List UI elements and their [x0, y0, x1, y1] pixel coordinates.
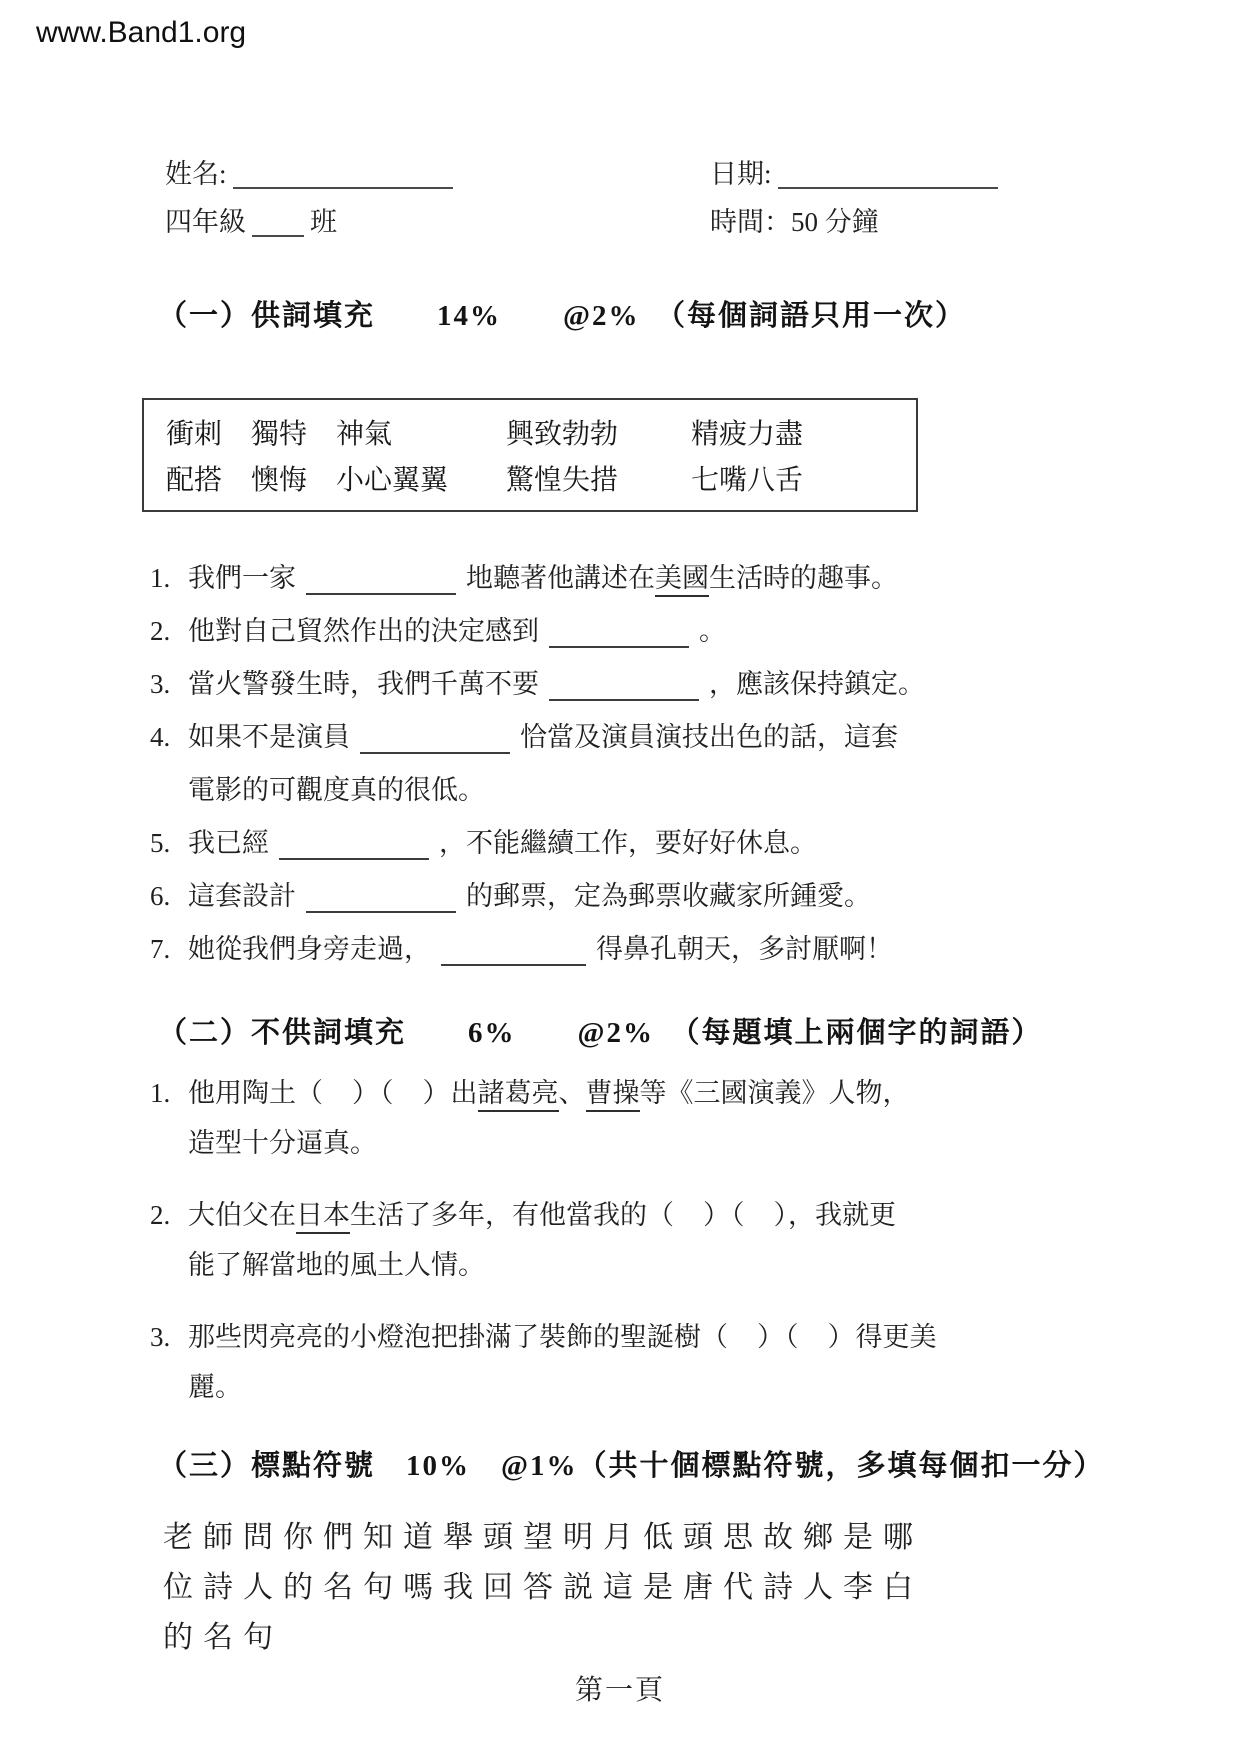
underlined-term: 曹操 — [586, 1078, 640, 1112]
page-number: 第一頁 — [0, 1668, 1240, 1708]
word-bank-item: 精疲力盡 — [691, 412, 916, 458]
answer-blank[interactable] — [306, 901, 456, 913]
question: 1.他用陶土（ ）（ ）出諸葛亮、曹操等《三國演義》人物，造型十分逼真。 — [150, 1068, 1010, 1168]
question-text: 。 — [699, 616, 726, 646]
question-text: 等《三國演義》人物， — [640, 1078, 910, 1108]
question-number: 6. — [150, 870, 170, 923]
question-line: 4.如果不是演員恰當及演員演技出色的話，這套 — [150, 711, 1010, 764]
question-number: 4. — [150, 711, 170, 764]
answer-blank[interactable] — [279, 848, 429, 860]
section2-questions: 1.他用陶土（ ）（ ）出諸葛亮、曹操等《三國演義》人物，造型十分逼真。2.大伯… — [150, 1068, 1010, 1434]
question-text: 、 — [559, 1078, 586, 1108]
question-number: 2. — [150, 1190, 170, 1240]
grade-label: 四年級 — [165, 207, 246, 237]
section1-heading: （一）供詞填充 14% @2% （每個詞語只用一次） — [158, 293, 966, 334]
answer-blank[interactable] — [441, 954, 586, 966]
word-bank-item: 獨特 — [251, 412, 336, 458]
name-blank[interactable] — [233, 187, 453, 189]
passage-line: 位詩人的名句嗎我回答説這是唐代詩人李白 — [163, 1563, 1063, 1613]
answer-blank[interactable] — [360, 742, 510, 754]
answer-blank[interactable] — [549, 689, 699, 701]
class-suffix-label: 班 — [310, 207, 337, 237]
question-line: 3.當火警發生時，我們千萬不要，應該保持鎮定。 — [150, 658, 1010, 711]
exam-info-block: 日期: 時間：50 分鐘 — [710, 150, 1004, 246]
question-line: 3.那些閃亮亮的小燈泡把掛滿了裝飾的聖誕樹（ ）（ ）得更美 — [150, 1312, 1010, 1362]
question-line: 造型十分逼真。 — [150, 1118, 1010, 1168]
section2-heading: （二）不供詞填充 6% @2% （每題填上兩個字的詞語） — [158, 1010, 1042, 1051]
question-number: 1. — [150, 552, 170, 605]
passage-line: 老師問你們知道舉頭望明月低頭思故鄉是哪 — [163, 1513, 1063, 1563]
section1-questions: 1.我們一家地聽著他講述在美國生活時的趣事。2.他對自己貿然作出的決定感到。3.… — [150, 552, 1010, 976]
question-line: 麗。 — [150, 1362, 1010, 1412]
answer-parens[interactable]: （ ）（ ） — [296, 1078, 451, 1108]
question-number: 1. — [150, 1068, 170, 1118]
question: 7.她從我們身旁走過，得鼻孔朝天，多討厭啊！ — [150, 923, 1010, 976]
answer-blank[interactable] — [549, 636, 689, 648]
question-text: 生活了多年，有他當我的 — [350, 1200, 647, 1230]
question-text: ，不能繼續工作，要好好休息。 — [439, 828, 817, 858]
question-text: 如果不是演員 — [188, 722, 350, 752]
question-text: 得鼻孔朝天，多討厭啊！ — [596, 934, 893, 964]
question: 3.那些閃亮亮的小燈泡把掛滿了裝飾的聖誕樹（ ）（ ）得更美麗。 — [150, 1312, 1010, 1412]
question-text: 造型十分逼真。 — [188, 1128, 377, 1158]
word-bank-item: 神氣 — [336, 412, 506, 458]
class-row: 四年級班 — [165, 198, 459, 246]
question-text: 恰當及演員演技出色的話，這套 — [520, 722, 898, 752]
question-line: 2.大伯父在日本生活了多年，有他當我的（ ）（ ），我就更 — [150, 1190, 1010, 1240]
worksheet-page: www.Band1.org 姓名: 四年級班 日期: 時間：50 分鐘 （一）供… — [0, 0, 1240, 1754]
question-text: 能了解當地的風土人情。 — [188, 1250, 485, 1280]
passage-line: 的名句 — [163, 1613, 1063, 1663]
question: 4.如果不是演員恰當及演員演技出色的話，這套電影的可觀度真的很低。 — [150, 711, 1010, 817]
question-text: ，我就更 — [788, 1200, 896, 1230]
date-label: 日期: — [710, 159, 772, 189]
question-text: 的郵票，定為郵票收藏家所鍾愛。 — [466, 881, 871, 911]
word-bank-row: 配搭懊悔小心翼翼驚惶失措七嘴八舌 — [166, 458, 916, 504]
question-number: 7. — [150, 923, 170, 976]
question-text: 得更美 — [856, 1322, 937, 1352]
question-text: 電影的可觀度真的很低。 — [188, 775, 485, 805]
question-text: 地聽著他講述在 — [466, 563, 655, 593]
punctuation-passage: 老師問你們知道舉頭望明月低頭思故鄉是哪位詩人的名句嗎我回答説這是唐代詩人李白的名… — [163, 1513, 1063, 1663]
question-text: 他對自己貿然作出的決定感到 — [188, 616, 539, 646]
answer-parens[interactable]: （ ）（ ） — [701, 1322, 856, 1352]
question: 2.他對自己貿然作出的決定感到。 — [150, 605, 1010, 658]
underlined-term: 日本 — [296, 1200, 350, 1234]
question-number: 3. — [150, 1312, 170, 1362]
question-text: 那些閃亮亮的小燈泡把掛滿了裝飾的聖誕樹 — [188, 1322, 701, 1352]
underlined-term: 諸葛亮 — [478, 1078, 559, 1112]
question-line: 2.他對自己貿然作出的決定感到。 — [150, 605, 1010, 658]
student-info-block: 姓名: 四年級班 — [165, 150, 459, 246]
question-line: 5.我已經，不能繼續工作，要好好休息。 — [150, 817, 1010, 870]
site-watermark: www.Band1.org — [36, 16, 246, 50]
class-blank[interactable] — [252, 235, 304, 237]
question: 2.大伯父在日本生活了多年，有他當我的（ ）（ ），我就更能了解當地的風土人情。 — [150, 1190, 1010, 1290]
question-number: 5. — [150, 817, 170, 870]
word-bank-box: 衝刺獨特神氣興致勃勃精疲力盡配搭懊悔小心翼翼驚惶失措七嘴八舌 — [142, 398, 918, 512]
question-number: 3. — [150, 658, 170, 711]
section3-heading: （三）標點符號 10% @1%（共十個標點符號，多填每個扣一分） — [158, 1443, 1104, 1484]
question-text: 麗。 — [188, 1372, 242, 1402]
question: 5.我已經，不能繼續工作，要好好休息。 — [150, 817, 1010, 870]
question-line: 能了解當地的風土人情。 — [150, 1240, 1010, 1290]
question: 3.當火警發生時，我們千萬不要，應該保持鎮定。 — [150, 658, 1010, 711]
question-text: 生活時的趣事。 — [709, 563, 898, 593]
question-text: 大伯父在 — [188, 1200, 296, 1230]
question-line: 1.他用陶土（ ）（ ）出諸葛亮、曹操等《三國演義》人物， — [150, 1068, 1010, 1118]
question-text: 出 — [451, 1078, 478, 1108]
question-text: 我們一家 — [188, 563, 296, 593]
word-bank-row: 衝刺獨特神氣興致勃勃精疲力盡 — [166, 412, 916, 458]
answer-blank[interactable] — [306, 583, 456, 595]
question-text: ，應該保持鎮定。 — [709, 669, 925, 699]
date-row: 日期: — [710, 150, 1004, 198]
word-bank-item: 七嘴八舌 — [691, 458, 916, 504]
word-bank-item: 驚惶失措 — [506, 458, 691, 504]
word-bank-item: 懊悔 — [251, 458, 336, 504]
date-blank[interactable] — [778, 187, 998, 189]
name-label: 姓名: — [165, 159, 227, 189]
question: 1.我們一家地聽著他講述在美國生活時的趣事。 — [150, 552, 1010, 605]
word-bank-item: 興致勃勃 — [506, 412, 691, 458]
question-text: 他用陶土 — [188, 1078, 296, 1108]
answer-parens[interactable]: （ ）（ ） — [647, 1200, 788, 1230]
question-line: 6.這套設計的郵票，定為郵票收藏家所鍾愛。 — [150, 870, 1010, 923]
question-text: 當火警發生時，我們千萬不要 — [188, 669, 539, 699]
word-bank-item: 配搭 — [166, 458, 251, 504]
question-number: 2. — [150, 605, 170, 658]
question-line: 電影的可觀度真的很低。 — [150, 764, 1010, 817]
question-text: 她從我們身旁走過， — [188, 934, 431, 964]
question: 6.這套設計的郵票，定為郵票收藏家所鍾愛。 — [150, 870, 1010, 923]
time-row: 時間：50 分鐘 — [710, 198, 1004, 246]
underlined-term: 美國 — [655, 563, 709, 597]
word-bank-item: 小心翼翼 — [336, 458, 506, 504]
word-bank-item: 衝刺 — [166, 412, 251, 458]
name-row: 姓名: — [165, 150, 459, 198]
question-text: 我已經 — [188, 828, 269, 858]
question-line: 1.我們一家地聽著他講述在美國生活時的趣事。 — [150, 552, 1010, 605]
question-line: 7.她從我們身旁走過，得鼻孔朝天，多討厭啊！ — [150, 923, 1010, 976]
question-text: 這套設計 — [188, 881, 296, 911]
